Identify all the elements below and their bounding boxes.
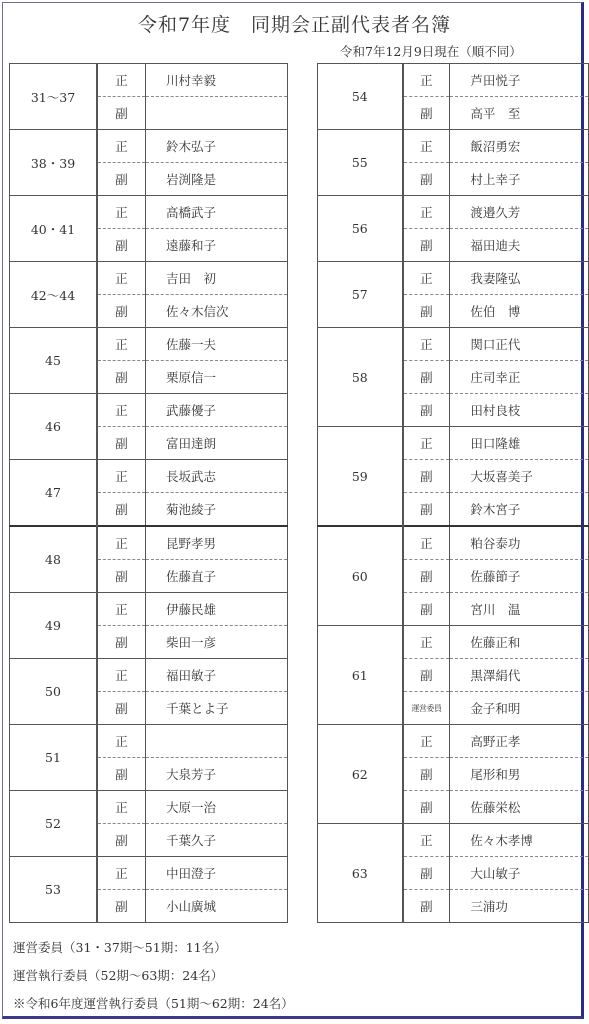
role-cell: 副 xyxy=(403,163,450,196)
role-cell: 副 xyxy=(403,229,450,262)
name-cell: 川村幸毅 xyxy=(146,64,288,97)
role-cell: 正 xyxy=(97,593,146,626)
role-cell: 正 xyxy=(97,725,146,758)
role-cell: 副 xyxy=(403,394,450,427)
roster-table-right: 54正芦田悦子副高平 至55正飯沼勇宏副村上幸子56正渡邉久芳副福田迪夫57正我… xyxy=(317,63,589,923)
role-cell: 副 xyxy=(97,295,146,328)
term-cell: 52 xyxy=(10,791,98,857)
name-cell: 田口隆雄 xyxy=(450,427,589,460)
role-cell: 正 xyxy=(97,262,146,295)
role-cell: 副 xyxy=(97,427,146,460)
term-cell: 40・41 xyxy=(10,196,98,262)
name-cell: 菊池綾子 xyxy=(146,493,288,527)
table-row: 57正我妻隆弘 xyxy=(318,262,589,295)
name-cell: 関口正代 xyxy=(450,328,589,361)
as-of-date: 令和7年12月9日現在（順不同） xyxy=(340,42,522,60)
role-cell: 副 xyxy=(403,890,450,923)
name-cell: 遠藤和子 xyxy=(146,229,288,262)
table-row: 51正 xyxy=(10,725,288,758)
name-cell: 渡邉久芳 xyxy=(450,196,589,229)
role-cell: 正 xyxy=(97,460,146,493)
name-cell: 田村良枝 xyxy=(450,394,589,427)
role-cell: 副 xyxy=(403,560,450,593)
table-row: 45正佐藤一夫 xyxy=(10,328,288,361)
role-cell: 正 xyxy=(97,64,146,97)
term-cell: 60 xyxy=(318,526,403,626)
name-cell: 佐藤直子 xyxy=(146,560,288,593)
table-row: 53正中田澄子 xyxy=(10,857,288,890)
name-cell: 千葉とよ子 xyxy=(146,692,288,725)
role-cell: 副 xyxy=(403,791,450,824)
table-row: 42～44正吉田 初 xyxy=(10,262,288,295)
name-cell xyxy=(146,97,288,130)
role-cell: 副 xyxy=(403,593,450,626)
name-cell: 柴田一彦 xyxy=(146,626,288,659)
role-cell: 副 xyxy=(97,626,146,659)
name-cell: 庄司幸正 xyxy=(450,361,589,394)
role-cell: 正 xyxy=(97,394,146,427)
term-cell: 57 xyxy=(318,262,403,328)
term-cell: 62 xyxy=(318,725,403,824)
table-row: 46正武藤優子 xyxy=(10,394,288,427)
table-row: 48正昆野孝男 xyxy=(10,526,288,560)
name-cell: 伊藤民雄 xyxy=(146,593,288,626)
name-cell: 佐藤正和 xyxy=(450,626,589,659)
name-cell: 佐々木孝博 xyxy=(450,824,589,857)
role-cell: 正 xyxy=(97,328,146,361)
term-cell: 53 xyxy=(10,857,98,923)
role-cell: 運営委員 xyxy=(403,692,450,725)
role-cell: 正 xyxy=(97,791,146,824)
name-cell: 飯沼勇宏 xyxy=(450,130,589,163)
role-cell: 副 xyxy=(403,493,450,527)
name-cell: 栗原信一 xyxy=(146,361,288,394)
table-row: 31～37正川村幸毅 xyxy=(10,64,288,97)
role-cell: 副 xyxy=(97,560,146,593)
term-cell: 51 xyxy=(10,725,98,791)
role-cell: 正 xyxy=(403,64,450,97)
term-cell: 45 xyxy=(10,328,98,394)
notes: 運営委員（31・37期～51期：11名） 運営執行委員（52期～63期：24名）… xyxy=(13,934,294,1018)
term-cell: 31～37 xyxy=(10,64,98,130)
name-cell xyxy=(146,725,288,758)
table-row: 40・41正高橋武子 xyxy=(10,196,288,229)
name-cell: 鈴木宮子 xyxy=(450,493,589,527)
role-cell: 正 xyxy=(403,427,450,460)
name-cell: 粕谷泰功 xyxy=(450,526,589,560)
role-cell: 副 xyxy=(97,97,146,130)
name-cell: 芦田悦子 xyxy=(450,64,589,97)
note-executive-committee: 運営執行委員（52期～63期：24名） xyxy=(13,962,294,990)
term-cell: 42～44 xyxy=(10,262,98,328)
name-cell: 佐々木信次 xyxy=(146,295,288,328)
name-cell: 鈴木弘子 xyxy=(146,130,288,163)
term-cell: 59 xyxy=(318,427,403,527)
term-cell: 54 xyxy=(318,64,403,130)
role-cell: 正 xyxy=(97,196,146,229)
role-cell: 正 xyxy=(403,328,450,361)
name-cell: 大泉芳子 xyxy=(146,758,288,791)
name-cell: 金子和明 xyxy=(450,692,589,725)
term-cell: 56 xyxy=(318,196,403,262)
name-cell: 大坂喜美子 xyxy=(450,460,589,493)
role-cell: 副 xyxy=(97,824,146,857)
table-row: 60正粕谷泰功 xyxy=(318,526,589,560)
term-cell: 49 xyxy=(10,593,98,659)
term-cell: 38・39 xyxy=(10,130,98,196)
role-cell: 副 xyxy=(97,361,146,394)
name-cell: 黒澤絹代 xyxy=(450,659,589,692)
role-cell: 副 xyxy=(403,460,450,493)
name-cell: 高野正孝 xyxy=(450,725,589,758)
name-cell: 福田敏子 xyxy=(146,659,288,692)
term-cell: 55 xyxy=(318,130,403,196)
name-cell: 佐伯 博 xyxy=(450,295,589,328)
table-row: 61正佐藤正和 xyxy=(318,626,589,659)
name-cell: 三浦功 xyxy=(450,890,589,923)
term-cell: 58 xyxy=(318,328,403,427)
role-cell: 正 xyxy=(97,659,146,692)
name-cell: 佐藤節子 xyxy=(450,560,589,593)
roster-table-left: 31～37正川村幸毅副38・39正鈴木弘子副岩渕隆是40・41正高橋武子副遠藤和… xyxy=(9,63,288,923)
role-cell: 副 xyxy=(97,890,146,923)
term-cell: 46 xyxy=(10,394,98,460)
role-cell: 正 xyxy=(97,130,146,163)
name-cell: 千葉久子 xyxy=(146,824,288,857)
role-cell: 副 xyxy=(97,163,146,196)
note-previous-year: ※令和6年度運営執行委員（51期～62期：24名） xyxy=(13,990,294,1018)
name-cell: 中田澄子 xyxy=(146,857,288,890)
name-cell: 我妻隆弘 xyxy=(450,262,589,295)
table-row: 59正田口隆雄 xyxy=(318,427,589,460)
role-cell: 副 xyxy=(97,229,146,262)
name-cell: 昆野孝男 xyxy=(146,526,288,560)
name-cell: 佐藤栄松 xyxy=(450,791,589,824)
name-cell: 富田達朗 xyxy=(146,427,288,460)
table-row: 38・39正鈴木弘子 xyxy=(10,130,288,163)
table-row: 63正佐々木孝博 xyxy=(318,824,589,857)
table-row: 52正大原一治 xyxy=(10,791,288,824)
name-cell: 宮川 温 xyxy=(450,593,589,626)
name-cell: 尾形和男 xyxy=(450,758,589,791)
table-row: 54正芦田悦子 xyxy=(318,64,589,97)
table-row: 62正高野正孝 xyxy=(318,725,589,758)
term-cell: 63 xyxy=(318,824,403,923)
role-cell: 副 xyxy=(403,361,450,394)
table-row: 50正福田敏子 xyxy=(10,659,288,692)
role-cell: 正 xyxy=(403,130,450,163)
name-cell: 岩渕隆是 xyxy=(146,163,288,196)
role-cell: 正 xyxy=(403,262,450,295)
name-cell: 佐藤一夫 xyxy=(146,328,288,361)
table-row: 58正関口正代 xyxy=(318,328,589,361)
role-cell: 副 xyxy=(403,659,450,692)
term-cell: 48 xyxy=(10,526,98,593)
name-cell: 武藤優子 xyxy=(146,394,288,427)
name-cell: 大原一治 xyxy=(146,791,288,824)
role-cell: 正 xyxy=(403,725,450,758)
name-cell: 吉田 初 xyxy=(146,262,288,295)
name-cell: 福田迪夫 xyxy=(450,229,589,262)
document-title: 令和7年度 同期会正副代表者名簿 xyxy=(0,10,589,37)
role-cell: 副 xyxy=(97,758,146,791)
role-cell: 正 xyxy=(403,824,450,857)
role-cell: 副 xyxy=(403,295,450,328)
name-cell: 高橋武子 xyxy=(146,196,288,229)
table-row: 55正飯沼勇宏 xyxy=(318,130,589,163)
term-cell: 47 xyxy=(10,460,98,527)
name-cell: 村上幸子 xyxy=(450,163,589,196)
role-cell: 副 xyxy=(403,857,450,890)
role-cell: 正 xyxy=(403,626,450,659)
role-cell: 副 xyxy=(403,97,450,130)
term-cell: 61 xyxy=(318,626,403,725)
table-row: 47正長坂武志 xyxy=(10,460,288,493)
role-cell: 副 xyxy=(403,758,450,791)
role-cell: 正 xyxy=(403,526,450,560)
name-cell: 小山廣城 xyxy=(146,890,288,923)
role-cell: 正 xyxy=(97,526,146,560)
name-cell: 高平 至 xyxy=(450,97,589,130)
table-row: 56正渡邉久芳 xyxy=(318,196,589,229)
table-row: 49正伊藤民雄 xyxy=(10,593,288,626)
role-cell: 正 xyxy=(403,196,450,229)
role-cell: 副 xyxy=(97,493,146,527)
role-cell: 正 xyxy=(97,857,146,890)
term-cell: 50 xyxy=(10,659,98,725)
role-cell: 副 xyxy=(97,692,146,725)
note-steering-committee: 運営委員（31・37期～51期：11名） xyxy=(13,934,294,962)
name-cell: 大山敏子 xyxy=(450,857,589,890)
name-cell: 長坂武志 xyxy=(146,460,288,493)
